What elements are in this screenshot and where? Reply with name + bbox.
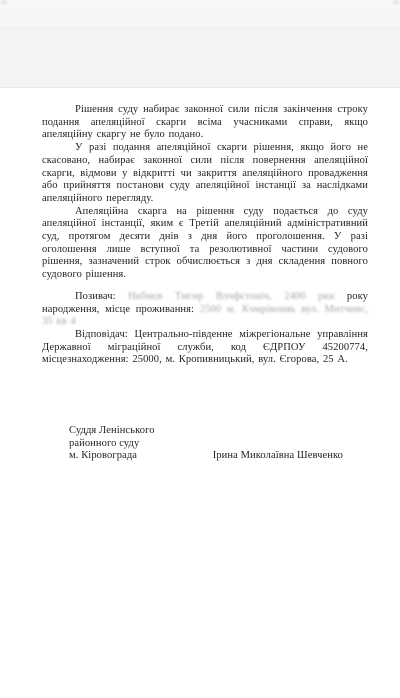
judge-title-line: районного суду: [69, 438, 155, 451]
document-page: Рішення суду набирає законної сили після…: [0, 88, 400, 698]
paragraph-text: Апеляційна скарга на рішення суду подаєт…: [42, 206, 368, 281]
document-paragraph: Апеляційна скарга на рішення суду подаєт…: [42, 206, 368, 282]
viewer-page-gap: ili ili: [0, 0, 400, 88]
document-paragraph: Позивач: Нкбмєв Тмгир Влчфєтоніч, 2400 р…: [42, 291, 368, 329]
judge-title-line: Суддя Ленінського: [69, 425, 155, 438]
judge-name: Ірина Миколаївна Шевченко: [213, 450, 343, 463]
paragraph-text: Позивач:: [75, 291, 128, 302]
document-paragraph: Відповідач: Центрально-південне міжрегіо…: [42, 329, 368, 367]
document-body: Рішення суду набирає законної сили після…: [42, 104, 368, 367]
judge-title-lines: Суддя Ленінськогорайонного судум. Кірово…: [69, 425, 155, 463]
paragraph-text: Рішення суду набирає законної сили після…: [42, 104, 368, 140]
clipped-previous-page-mark-left: ili: [1, 0, 11, 5]
redacted-text: Нкбмєв Тмгир Влчфєтоніч, 2400 ркн: [128, 291, 334, 302]
signature-block: Суддя Ленінськогорайонного судум. Кірово…: [69, 425, 368, 463]
document-paragraph: Рішення суду набирає законної сили після…: [42, 104, 368, 142]
paragraph-text: У разі подання апеляційної скарги рішенн…: [42, 142, 368, 204]
paragraph-text: Відповідач: Центрально-південне міжрегіо…: [42, 329, 368, 365]
judge-title-line: м. Кіровограда: [69, 450, 155, 463]
document-paragraph: У разі подання апеляційної скарги рішенн…: [42, 142, 368, 206]
document-viewer: ili ili Рішення суду набирає законної си…: [0, 0, 400, 698]
clipped-previous-page-mark-right: ili: [389, 0, 399, 5]
